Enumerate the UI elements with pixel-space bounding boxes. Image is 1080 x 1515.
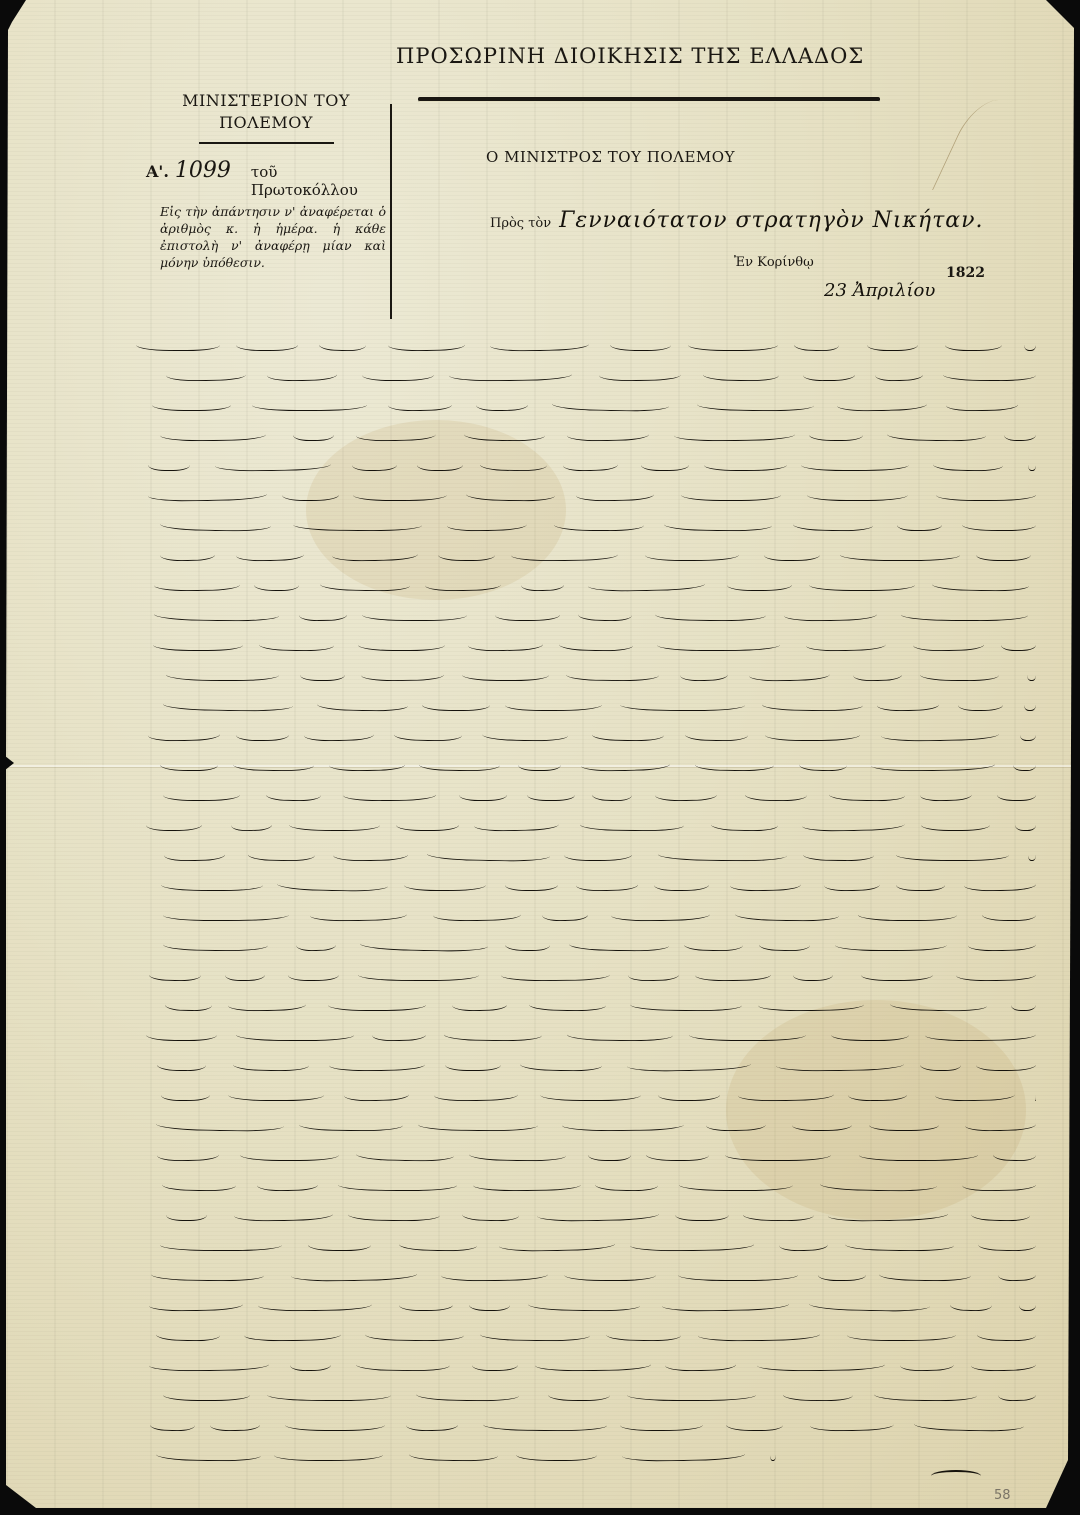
handwritten-word <box>156 1445 261 1461</box>
handwritten-word <box>697 395 815 411</box>
handwritten-word <box>289 816 380 831</box>
handwritten-word <box>681 486 781 501</box>
manuscript-page: ΠΡΟΣΩΡΙΝΗ ΔΙΟΙΚΗΣΙΣ ΤΗΣ ΕΛΛΑΔΟΣ ΜΙΝΙΣΤΕΡ… <box>6 0 1074 1508</box>
handwritten-word <box>726 1416 783 1432</box>
handwritten-word <box>527 786 575 801</box>
handwritten-word <box>166 1206 207 1221</box>
handwritten-word <box>157 1146 220 1162</box>
handwritten-word <box>897 516 942 531</box>
handwritten-word <box>874 1385 977 1401</box>
handwritten-word <box>858 906 957 921</box>
reply-instructions: Εἰς τὴν ἀπάντησιν ν' ἀναφέρεται ὁ ἀριθμὸ… <box>146 203 386 271</box>
handwritten-word <box>332 545 419 562</box>
handwritten-line <box>136 870 1056 900</box>
handwritten-word <box>528 995 605 1011</box>
handwritten-word <box>433 906 521 922</box>
handwritten-word <box>149 1295 243 1312</box>
handwritten-word <box>362 366 434 381</box>
handwritten-word <box>277 875 388 892</box>
handwritten-word <box>434 1086 519 1102</box>
handwritten-word <box>160 756 218 772</box>
handwritten-word <box>147 485 267 502</box>
handwritten-word <box>936 486 1036 501</box>
handwritten-word <box>745 786 807 802</box>
handwritten-line <box>136 1290 1056 1320</box>
handwritten-word <box>254 576 300 591</box>
handwritten-word <box>462 1205 519 1221</box>
handwritten-word <box>166 366 246 382</box>
handwritten-word <box>353 486 447 501</box>
handwritten-word <box>310 905 407 921</box>
handwritten-word <box>978 1236 1036 1252</box>
handwritten-word <box>627 1055 751 1073</box>
handwritten-word <box>404 876 486 891</box>
handwritten-word <box>228 1086 324 1101</box>
handwritten-word <box>943 366 1036 382</box>
ministry-rule <box>199 142 334 144</box>
handwritten-line <box>136 1350 1056 1380</box>
handwritten-line <box>136 1410 1056 1440</box>
handwritten-word <box>535 1355 651 1371</box>
handwritten-word <box>352 456 397 471</box>
handwritten-word <box>425 576 502 592</box>
protocol-label: τοῦ Πρωτοκόλλου <box>251 163 386 199</box>
handwritten-date: 23 Ἀπριλίου <box>824 280 935 301</box>
handwritten-word <box>473 1176 581 1192</box>
handwritten-word <box>490 335 589 352</box>
handwritten-word <box>552 395 670 412</box>
handwritten-line <box>136 1200 1056 1230</box>
handwritten-word <box>665 1355 736 1371</box>
handwritten-word <box>738 1085 834 1101</box>
handwritten-word <box>867 336 918 351</box>
handwritten-word <box>343 786 436 802</box>
handwritten-word <box>913 636 984 652</box>
handwritten-word <box>215 455 331 472</box>
handwritten-word <box>765 726 860 741</box>
handwritten-word <box>657 636 780 651</box>
handwritten-word <box>588 1146 631 1161</box>
handwritten-word <box>520 1055 603 1072</box>
protocol-row: Α'. 1099 τοῦ Πρωτοκόλλου <box>146 158 386 199</box>
handwritten-word <box>521 576 564 592</box>
handwritten-word <box>945 396 1017 412</box>
handwritten-word <box>810 1415 894 1431</box>
handwritten-word <box>1011 996 1036 1011</box>
handwritten-word <box>798 756 846 772</box>
handwritten-word <box>536 1205 658 1222</box>
handwritten-word <box>675 1206 729 1221</box>
handwritten-word <box>920 666 999 682</box>
handwritten-line <box>136 600 1056 630</box>
handwritten-word <box>803 366 855 382</box>
handwritten-word <box>831 1026 909 1041</box>
handwritten-word <box>975 1056 1036 1072</box>
handwritten-word <box>932 575 1029 592</box>
handwritten-line <box>136 390 1056 420</box>
handwritten-word <box>971 1355 1036 1371</box>
handwritten-word <box>824 875 880 891</box>
handwritten-word <box>282 486 339 501</box>
handwritten-word <box>449 365 573 381</box>
handwritten-word <box>588 575 705 592</box>
handwritten-word <box>156 1325 220 1341</box>
handwritten-word <box>480 1325 590 1341</box>
handwritten-word <box>809 426 863 441</box>
handwritten-word <box>743 1206 814 1222</box>
handwritten-word <box>444 1026 542 1042</box>
handwritten-word <box>358 636 445 651</box>
handwritten-word <box>153 636 243 651</box>
handwritten-word <box>730 875 801 891</box>
handwritten-word <box>1028 456 1036 471</box>
handwritten-line <box>136 450 1056 480</box>
handwritten-word <box>896 846 1009 861</box>
handwritten-word <box>890 995 988 1012</box>
handwritten-word <box>290 1356 331 1372</box>
handwritten-word <box>674 425 795 441</box>
handwritten-word <box>875 366 923 382</box>
handwritten-word <box>993 1146 1036 1162</box>
handwritten-word <box>482 725 569 741</box>
handwritten-word <box>338 1176 457 1192</box>
handwritten-word <box>472 1356 518 1371</box>
handwritten-word <box>562 1116 685 1132</box>
handwritten-word <box>480 456 547 472</box>
handwritten-word <box>152 396 231 411</box>
handwritten-word <box>962 516 1036 532</box>
handwritten-word <box>807 486 908 501</box>
handwritten-word <box>236 336 298 351</box>
handwritten-word <box>1001 636 1036 651</box>
handwritten-line <box>136 1020 1056 1050</box>
handwritten-word <box>641 456 689 471</box>
handwritten-word <box>231 816 273 832</box>
handwritten-word <box>224 966 264 982</box>
handwritten-word <box>161 1086 210 1101</box>
handwritten-word <box>388 396 452 412</box>
handwritten-word <box>418 1116 538 1132</box>
handwritten-word <box>764 546 820 561</box>
handwritten-word <box>664 515 772 531</box>
handwritten-word <box>679 1176 793 1191</box>
handwritten-word <box>847 1326 956 1341</box>
handwritten-word <box>333 846 408 862</box>
handwritten-word <box>935 1085 1015 1101</box>
handwritten-word <box>154 576 240 592</box>
handwritten-word <box>776 1055 904 1072</box>
handwritten-word <box>304 725 374 741</box>
handwritten-word <box>360 935 488 953</box>
handwritten-word <box>150 1416 195 1432</box>
handwritten-word <box>136 336 220 351</box>
handwritten-word <box>698 1325 820 1342</box>
handwritten-word <box>159 546 214 562</box>
handwritten-word <box>705 1115 765 1131</box>
handwritten-word <box>896 876 945 891</box>
handwritten-word <box>622 1445 745 1462</box>
handwritten-word <box>157 1056 206 1072</box>
handwritten-word <box>627 966 678 982</box>
handwritten-word <box>685 726 748 742</box>
handwritten-line <box>136 810 1056 840</box>
sender-title: Ο ΜΙΝΙΣΤΡΟΣ ΤΟΥ ΠΟΛΕΜΟΥ <box>486 148 735 166</box>
handwritten-word <box>976 546 1031 561</box>
handwritten-word <box>646 1146 709 1162</box>
handwritten-word <box>1013 756 1036 771</box>
handwritten-word <box>328 996 426 1011</box>
letterhead-rule <box>418 97 880 102</box>
handwritten-word <box>160 425 266 441</box>
protocol-prefix: Α'. <box>146 162 169 181</box>
handwritten-word <box>662 1295 789 1312</box>
handwritten-word <box>476 396 528 412</box>
handwritten-word <box>161 876 263 891</box>
handwritten-word <box>568 935 668 952</box>
column-divider <box>390 104 392 319</box>
handwritten-word <box>466 485 555 502</box>
handwritten-word <box>688 336 778 351</box>
handwritten-word <box>704 456 787 471</box>
handwritten-word <box>695 966 771 982</box>
handwritten-word <box>792 515 872 531</box>
handwritten-line <box>136 720 1056 750</box>
handwritten-word <box>210 1416 260 1432</box>
protocol-number: 1099 <box>175 158 231 183</box>
handwritten-word <box>962 1176 1036 1192</box>
handwritten-word <box>495 606 560 621</box>
handwritten-word <box>695 756 774 772</box>
handwritten-word <box>148 725 220 741</box>
handwritten-word <box>163 906 289 922</box>
handwritten-word <box>233 756 314 772</box>
handwritten-line <box>136 780 1056 810</box>
handwritten-body <box>136 330 1056 1470</box>
handwritten-word <box>299 1116 403 1132</box>
handwritten-word <box>879 1265 972 1281</box>
handwritten-word <box>735 905 839 922</box>
handwritten-word <box>567 425 649 441</box>
handwritten-word <box>861 966 933 981</box>
handwritten-word <box>285 1416 385 1431</box>
handwritten-word <box>298 606 346 622</box>
handwritten-word <box>595 1175 659 1191</box>
handwritten-word <box>422 696 490 711</box>
handwritten-word <box>459 786 507 801</box>
handwritten-word <box>711 815 779 831</box>
handwritten-word <box>416 1385 520 1401</box>
handwritten-word <box>516 1446 597 1461</box>
handwritten-word <box>151 1265 264 1281</box>
handwritten-word <box>160 1236 282 1251</box>
handwritten-word <box>474 815 559 832</box>
handwritten-word <box>362 606 467 621</box>
handwritten-word <box>848 1086 907 1102</box>
handwritten-word <box>968 935 1036 951</box>
handwritten-line <box>136 1260 1056 1290</box>
handwritten-line <box>136 660 1056 690</box>
handwritten-word <box>1023 336 1036 351</box>
handwritten-word <box>447 515 527 531</box>
handwritten-word <box>356 425 436 441</box>
handwritten-line <box>136 960 1056 990</box>
handwritten-word <box>266 786 321 802</box>
handwritten-word <box>835 936 947 951</box>
handwritten-word <box>901 606 1028 622</box>
handwritten-word <box>977 1326 1036 1342</box>
recipient-name: Γενναιότατον στρατηγὸν Νικήταν. <box>559 208 983 233</box>
handwritten-word <box>518 756 561 771</box>
handwritten-line <box>136 750 1056 780</box>
letterhead-title: ΠΡΟΣΩΡΙΝΗ ΔΙΟΙΚΗΣΙΣ ΤΗΣ ΕΛΛΑΔΟΣ <box>396 44 896 68</box>
handwritten-word <box>468 635 543 651</box>
handwritten-line <box>136 1320 1056 1350</box>
handwritten-word <box>581 755 671 772</box>
handwritten-word <box>770 1446 776 1461</box>
handwritten-word <box>162 1176 237 1192</box>
handwritten-word <box>1024 696 1036 711</box>
handwritten-word <box>998 1266 1036 1282</box>
handwritten-word <box>248 846 315 862</box>
handwritten-word <box>163 936 268 952</box>
handwritten-word <box>914 1415 1024 1432</box>
handwritten-word <box>149 966 201 982</box>
handwritten-word <box>329 1055 425 1071</box>
handwritten-word <box>163 695 293 712</box>
handwritten-word <box>794 336 839 352</box>
handwritten-line <box>136 690 1056 720</box>
handwritten-word <box>828 1205 948 1222</box>
handwritten-word <box>1027 846 1036 861</box>
handwritten-word <box>329 756 405 772</box>
handwritten-word <box>887 425 987 442</box>
handwritten-word <box>258 635 333 651</box>
handwritten-word <box>920 1056 962 1072</box>
handwritten-line <box>136 930 1056 960</box>
handwritten-line <box>136 1170 1056 1200</box>
handwritten-word <box>163 1386 250 1401</box>
handwritten-word <box>257 1176 318 1192</box>
handwritten-word <box>409 1445 498 1462</box>
handwritten-word <box>344 1085 409 1101</box>
handwritten-word <box>567 1026 673 1042</box>
handwritten-word <box>726 576 791 591</box>
handwritten-word <box>877 695 939 711</box>
handwritten-word <box>236 545 305 561</box>
handwritten-word <box>840 546 961 561</box>
handwritten-word <box>258 1295 372 1311</box>
handwritten-word <box>576 485 654 501</box>
handwritten-word <box>441 1265 548 1281</box>
handwritten-word <box>997 786 1036 801</box>
handwritten-word <box>958 696 1003 711</box>
handwritten-word <box>606 1326 681 1342</box>
handwritten-line <box>136 510 1056 540</box>
handwritten-word <box>320 575 410 592</box>
handwritten-word <box>358 966 479 981</box>
handwritten-word <box>956 966 1036 982</box>
handwritten-word <box>234 1205 334 1222</box>
handwritten-word <box>287 966 338 981</box>
handwritten-word <box>950 1296 992 1312</box>
handwritten-line <box>136 540 1056 570</box>
handwritten-word <box>757 1355 885 1371</box>
handwritten-word <box>146 816 203 832</box>
handwritten-word <box>252 396 367 411</box>
handwritten-line <box>136 840 1056 870</box>
handwritten-line <box>136 1440 1056 1470</box>
handwritten-word <box>419 756 500 772</box>
handwritten-line <box>136 480 1056 510</box>
handwritten-word <box>982 906 1036 922</box>
handwritten-word <box>845 1235 954 1251</box>
handwritten-word <box>598 366 681 382</box>
handwritten-word <box>576 876 638 892</box>
handwritten-line <box>136 1140 1056 1170</box>
handwritten-word <box>438 546 495 561</box>
handwritten-word <box>869 1116 939 1131</box>
handwritten-word <box>620 1416 703 1431</box>
handwritten-word <box>921 816 990 831</box>
handwritten-line <box>136 360 1056 390</box>
handwritten-word <box>452 996 507 1012</box>
handwritten-word <box>630 1235 754 1251</box>
handwritten-word <box>761 696 862 712</box>
handwritten-word <box>610 336 671 351</box>
handwritten-line <box>136 900 1056 930</box>
handwritten-word <box>820 1175 937 1192</box>
handwritten-word <box>784 605 877 621</box>
handwritten-word <box>165 996 213 1012</box>
handwritten-word <box>542 906 588 922</box>
handwritten-word <box>505 696 602 712</box>
handwritten-word <box>365 1326 465 1342</box>
ministry-column: ΜΙΝΙΣΤΕΡΙΟΝ ΤΟΥ ΠΟΛΕΜΟΥ Α'. 1099 τοῦ Πρω… <box>146 90 386 271</box>
handwritten-word <box>501 966 610 982</box>
handwritten-word <box>300 666 345 681</box>
handwritten-word <box>361 666 445 682</box>
handwritten-word <box>554 516 644 532</box>
handwritten-word <box>564 846 633 862</box>
handwritten-word <box>1004 426 1036 441</box>
handwritten-word <box>505 876 558 891</box>
handwritten-word <box>417 456 463 471</box>
handwritten-word <box>267 1386 391 1401</box>
handwritten-word <box>749 665 831 682</box>
handwritten-word <box>803 846 874 862</box>
handwritten-word <box>655 605 766 621</box>
closing-flourish <box>931 1470 981 1482</box>
handwritten-word <box>580 816 684 832</box>
handwritten-word <box>445 1056 501 1071</box>
handwritten-word <box>1026 666 1036 681</box>
handwritten-word <box>900 1356 954 1372</box>
place-label: Ἐν Κορίνθῳ <box>734 255 814 270</box>
handwritten-word <box>464 425 545 441</box>
handwritten-line <box>136 990 1056 1020</box>
handwritten-word <box>235 726 288 741</box>
handwritten-word <box>462 666 549 681</box>
handwritten-word <box>689 1026 806 1041</box>
handwritten-word <box>154 605 279 622</box>
handwritten-word <box>963 875 1036 891</box>
handwritten-line <box>136 1080 1056 1110</box>
handwritten-word <box>405 1416 457 1432</box>
recipient-row: Πρὸς τὸν Γενναιότατον στρατηγὸν Νικήταν. <box>490 208 983 233</box>
handwritten-word <box>592 726 664 742</box>
handwritten-word <box>511 546 618 562</box>
handwritten-word <box>163 786 240 801</box>
